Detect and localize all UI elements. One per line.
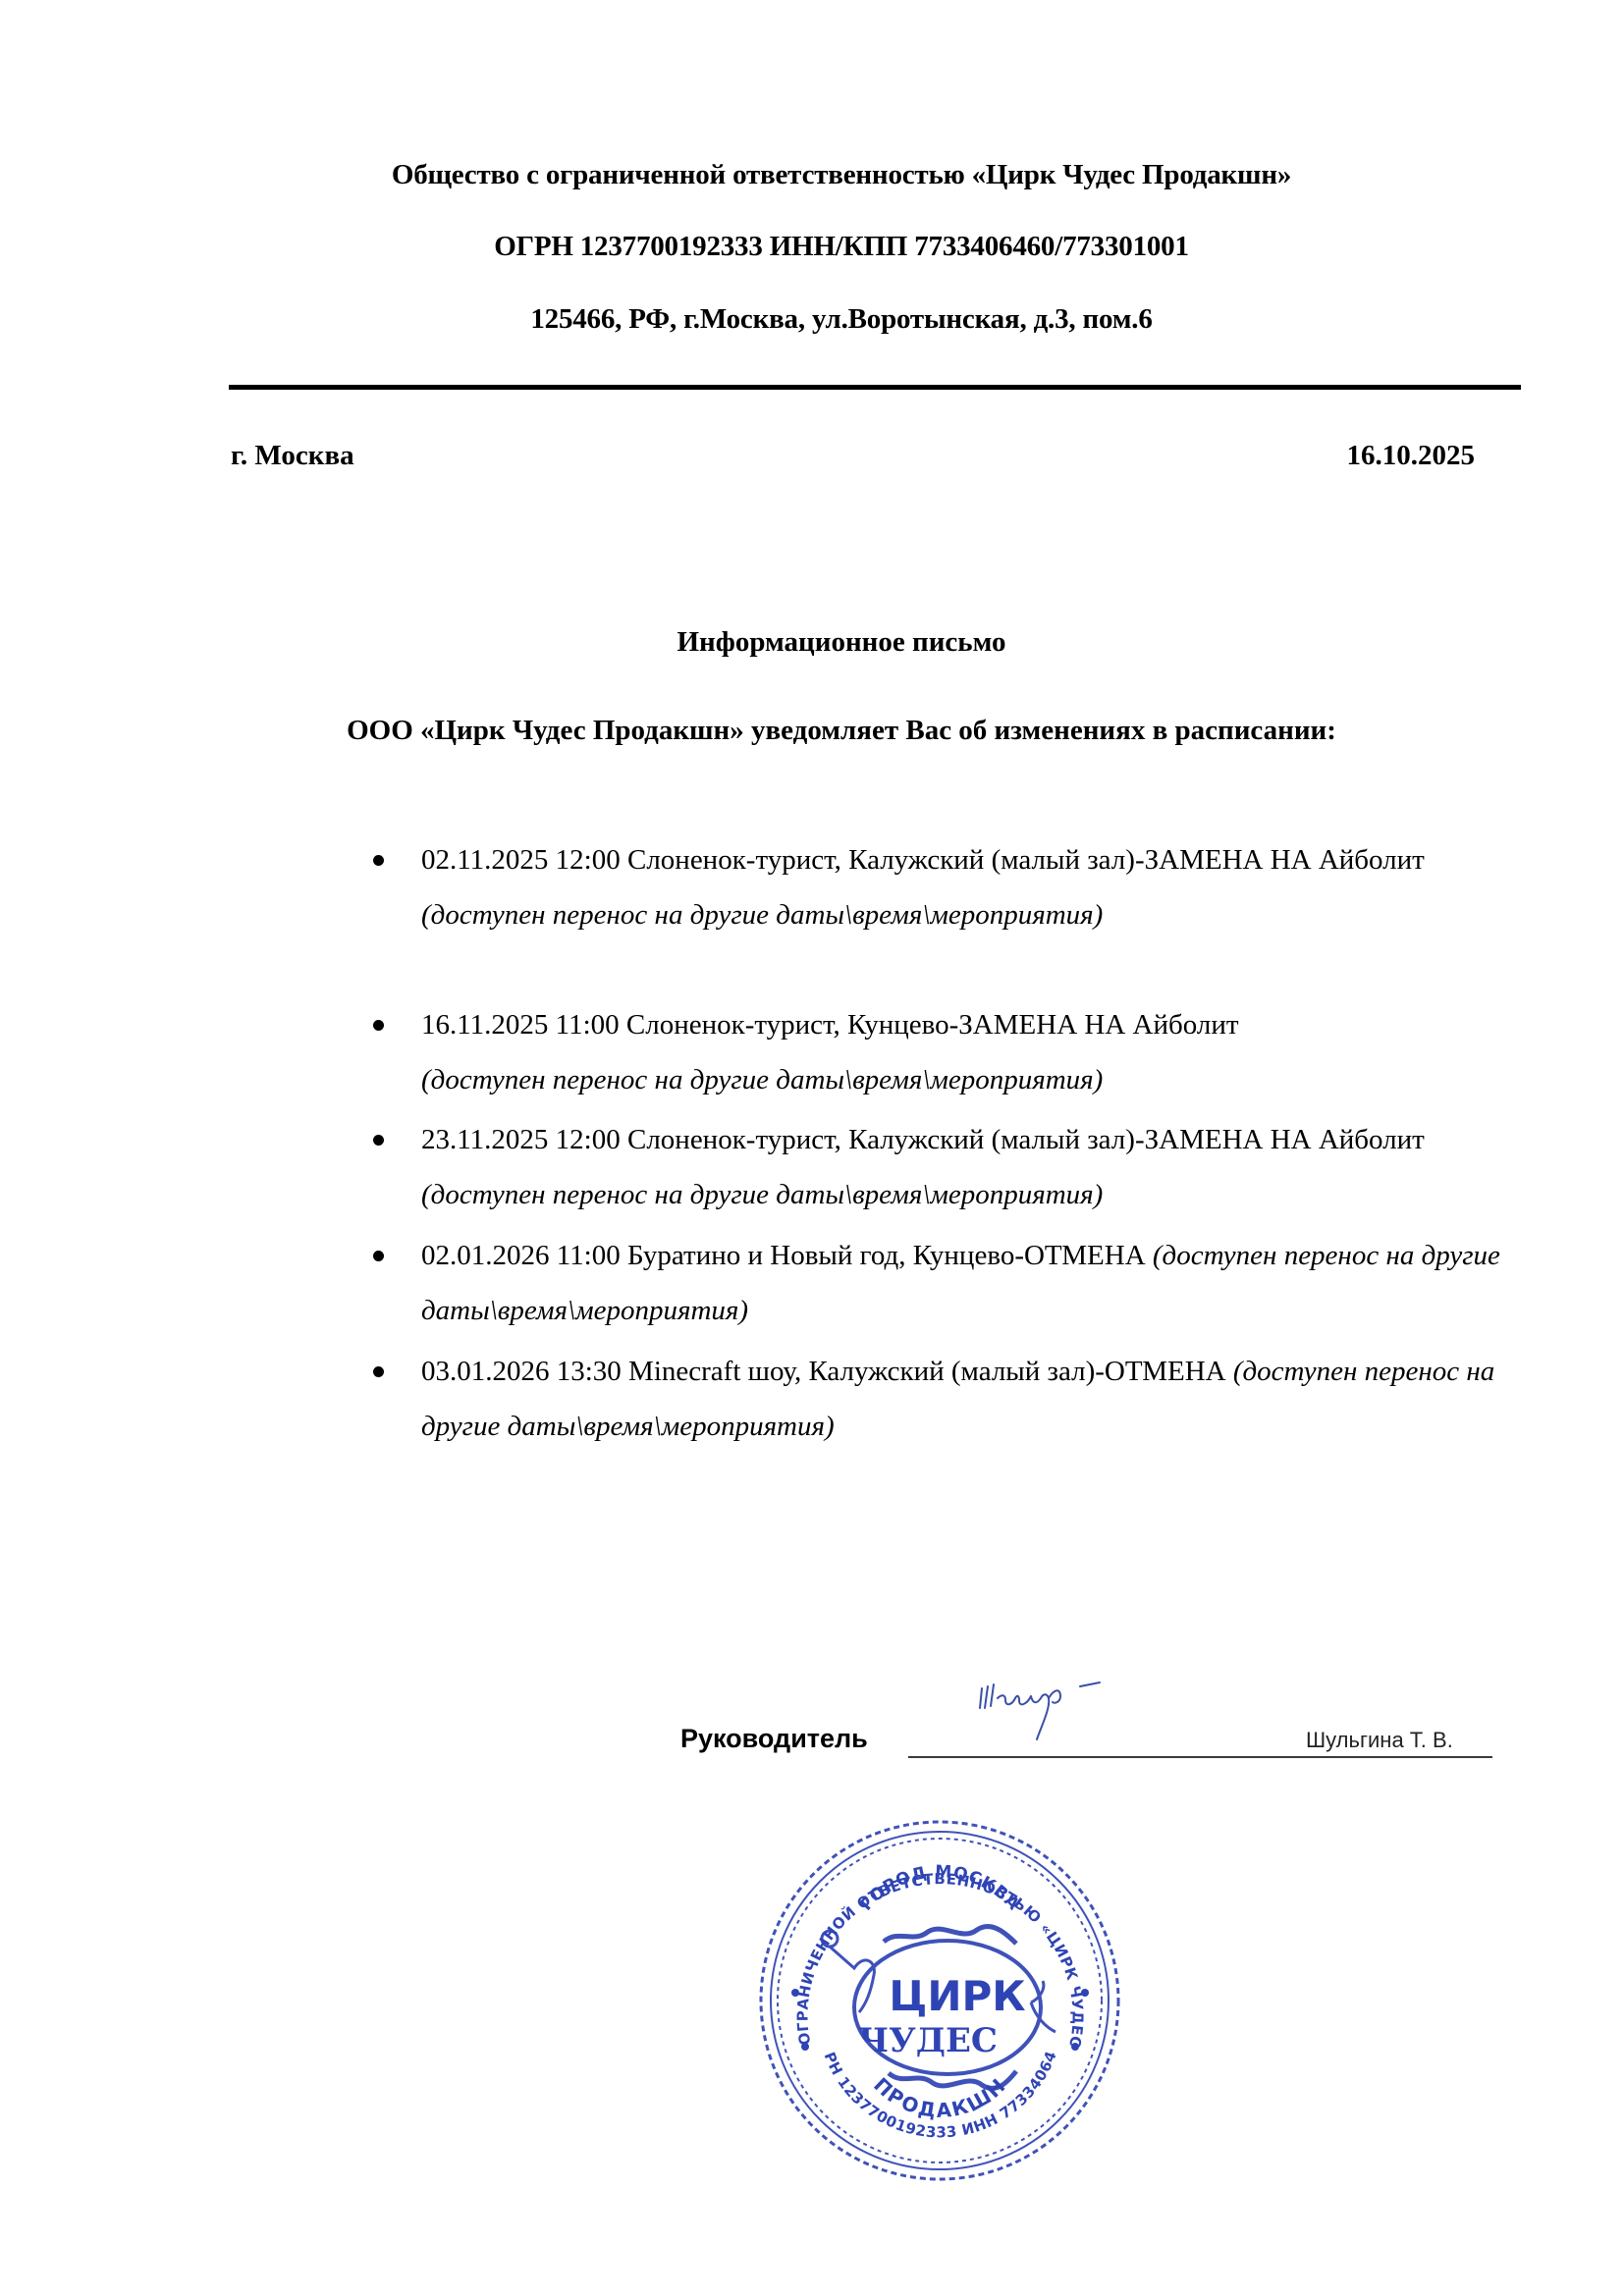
company-seal-stamp: ОБЩЕСТВО С ОГРАНИЧЕННОЙ ОТВЕТСТВЕННОСТЬЮ… xyxy=(751,1806,1129,2194)
item-note: (доступен перенос на другие даты\время\м… xyxy=(421,1179,1103,1210)
schedule-change-item: 23.11.2025 12:00 Слоненок-турист, Калужс… xyxy=(373,1112,1532,1222)
signatory-name: Шульгина Т. В. xyxy=(1306,1727,1453,1754)
item-text: 23.11.2025 12:00 Слоненок-турист, Калужс… xyxy=(421,1124,1425,1155)
letter-intro: ООО «Цирк Чудес Продакшн» уведомляет Вас… xyxy=(0,713,1624,748)
item-note: (доступен перенос на другие даты\время\м… xyxy=(421,1064,1103,1095)
item-note: (доступен перенос на другие даты\время\м… xyxy=(421,899,1103,931)
item-text: 02.11.2025 12:00 Слоненок-турист, Калужс… xyxy=(421,844,1425,876)
signatory-role: Руководитель xyxy=(680,1723,868,1754)
bullet-icon xyxy=(373,1135,384,1146)
schedule-change-item: 03.01.2026 13:30 Minecraft шоу, Калужски… xyxy=(373,1344,1532,1454)
schedule-change-item: 02.11.2025 12:00 Слоненок-турист, Калужс… xyxy=(373,832,1532,942)
handwritten-signature-icon xyxy=(972,1659,1168,1757)
bullet-icon xyxy=(373,1251,384,1261)
company-address: 125466, РФ, г.Москва, ул.Воротынская, д.… xyxy=(0,301,1624,337)
schedule-change-item: 16.11.2025 11:00 Слоненок-турист, Кунцев… xyxy=(373,997,1532,1107)
letter-title: Информационное письмо xyxy=(0,624,1624,660)
bullet-icon xyxy=(373,1020,384,1031)
item-text: 02.01.2026 11:00 Буратино и Новый год, К… xyxy=(421,1240,1146,1271)
bullet-icon xyxy=(373,855,384,866)
svg-text:ЦИРК: ЦИРК xyxy=(889,1972,1025,2020)
schedule-change-item: 02.01.2026 11:00 Буратино и Новый год, К… xyxy=(373,1228,1532,1338)
item-text: 16.11.2025 11:00 Слоненок-турист, Кунцев… xyxy=(421,1009,1239,1041)
letter-date: 16.10.2025 xyxy=(1347,438,1476,473)
letterhead-divider xyxy=(229,385,1521,390)
bullet-icon xyxy=(373,1366,384,1377)
letter-city: г. Москва xyxy=(231,438,354,473)
svg-text:ЧУДЕС: ЧУДЕС xyxy=(858,2021,998,2060)
svg-text:ГОРОД МОСКВА: ГОРОД МОСКВА xyxy=(856,1862,1023,1915)
company-full-name: Общество с ограниченной ответственностью… xyxy=(0,157,1624,192)
item-text: 03.01.2026 13:30 Minecraft шоу, Калужски… xyxy=(421,1356,1226,1387)
company-registration: ОГРН 1237700192333 ИНН/КПП 7733406460/77… xyxy=(0,229,1624,264)
